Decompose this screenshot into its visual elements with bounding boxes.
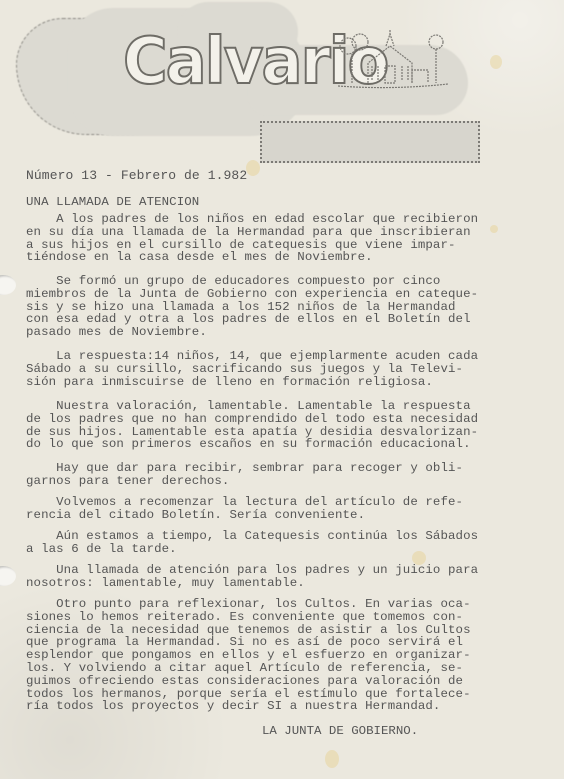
paragraph: Se formó un grupo de educadores compuest… <box>26 275 496 339</box>
paragraph-line: ría todos los proyectos y decir SI a nue… <box>26 700 496 713</box>
paragraph-line: de los padres que no han comprendido del… <box>26 413 496 426</box>
paragraph-line: guimos ofreciendo estas consideraciones … <box>26 675 496 688</box>
masthead-subtitle-box <box>260 121 480 163</box>
church-illustration-icon <box>338 28 448 108</box>
paragraph-line: en su día una llamada de la Hermandad pa… <box>26 226 496 239</box>
issue-line: Número 13 - Febrero de 1.982 <box>26 170 496 183</box>
paragraph-line: miembros de la Junta de Gobierno con exp… <box>26 288 496 301</box>
paragraph-line: siones lo hemos reiterado. Es convenient… <box>26 611 496 624</box>
paragraph: Volvemos a recomenzar la lectura del art… <box>26 496 496 522</box>
paragraph: Hay que dar para recibir, sembrar para r… <box>26 462 496 488</box>
paragraph-line: Aún estamos a tiempo, la Catequesis cont… <box>26 530 496 543</box>
paragraph: Aún estamos a tiempo, la Catequesis cont… <box>26 530 496 556</box>
paragraph-line: do lo que son primeros escaños en su for… <box>26 438 496 451</box>
paragraph: Nuestra valoración, lamentable. Lamentab… <box>26 400 496 451</box>
paragraph-line: Una llamada de atención para los padres … <box>26 564 496 577</box>
paragraph-line: Volvemos a recomenzar la lectura del art… <box>26 496 496 509</box>
signature: LA JUNTA DE GOBIERNO. <box>262 724 418 738</box>
paragraph-line: La respuesta:14 niños, 14, que ejemplarm… <box>26 350 496 363</box>
masthead: Calvario <box>8 0 508 165</box>
paragraph-line: tiéndose en la casa desde el mes de Novi… <box>26 251 496 264</box>
paragraph-line: A los padres de los niños en edad escola… <box>26 213 496 226</box>
paragraph-line: sión para inmiscuirse de lleno en formac… <box>26 376 496 389</box>
paragraph-line: los. Y volviendo a citar aquel Artículo … <box>26 662 496 675</box>
paragraph: Una llamada de atención para los padres … <box>26 564 496 590</box>
paragraph: A los padres de los niños en edad escola… <box>26 213 496 264</box>
paragraph-line: pasado mes de Noviembre. <box>26 326 496 339</box>
paragraph-line: Hay que dar para recibir, sembrar para r… <box>26 462 496 475</box>
paragraph-line: rencia del citado Boletín. Sería conveni… <box>26 509 496 522</box>
paragraph-line: garnos para tener derechos. <box>26 475 496 488</box>
paragraph-line: Otro punto para reflexionar, los Cultos.… <box>26 598 496 611</box>
paragraph: Otro punto para reflexionar, los Cultos.… <box>26 598 496 713</box>
paragraph-line: Nuestra valoración, lamentable. Lamentab… <box>26 400 496 413</box>
paragraph-line: a las 6 de la tarde. <box>26 543 496 556</box>
article-heading: UNA LLAMADA DE ATENCION <box>26 196 496 209</box>
paragraph: La respuesta:14 niños, 14, que ejemplarm… <box>26 350 496 388</box>
paper-stain <box>325 750 339 768</box>
paragraph-line: Sábado a su cursillo, sacrificando sus j… <box>26 363 496 376</box>
paragraph-line: nosotros: lamentable, muy lamentable. <box>26 577 496 590</box>
paragraph-line: Se formó un grupo de educadores compuest… <box>26 275 496 288</box>
